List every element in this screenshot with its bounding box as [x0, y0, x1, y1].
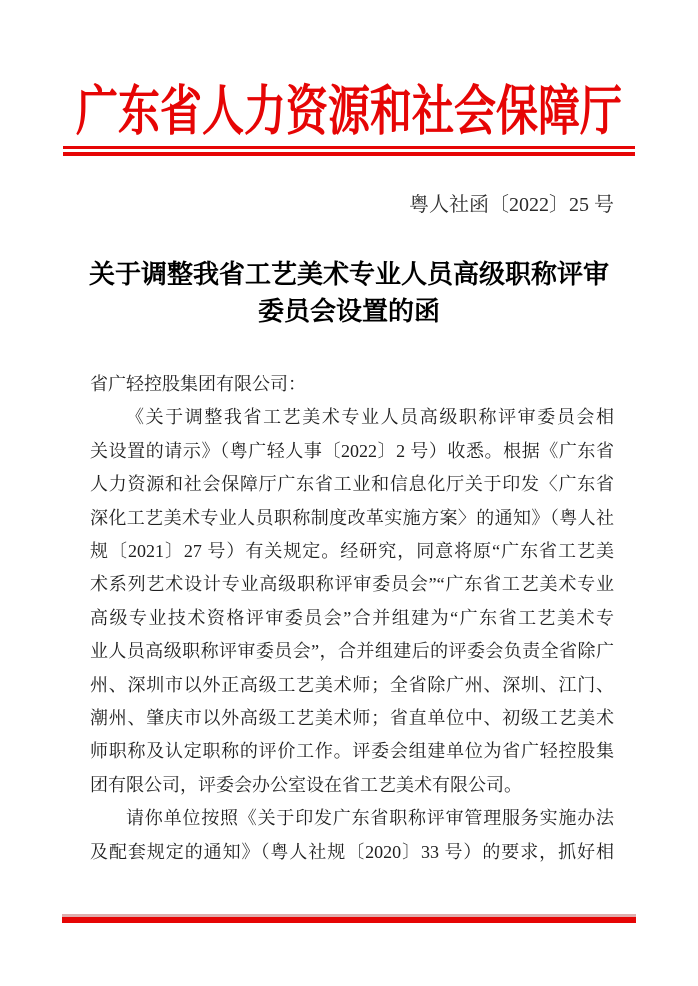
document-title-line2: 委员会设置的函: [87, 293, 611, 330]
body-text-line: 请你单位按照《关于印发广东省职称评审管理服务实施办法: [90, 802, 614, 835]
header-divider-line: [63, 146, 635, 156]
body-text-line: 师职称及认定职称的评价工作。评委会组建单位为省广轻控股集: [90, 735, 614, 768]
doc-number: 粤人社函〔2022〕25 号: [90, 191, 614, 219]
body-text-line: 及配套规定的通知》（粤人社规〔2020〕33 号）的要求，抓好相: [90, 836, 614, 869]
document-title: 关于调整我省工艺美术专业人员高级职称评审 委员会设置的函: [87, 256, 611, 330]
document-title-line1: 关于调整我省工艺美术专业人员高级职称评审: [87, 256, 611, 293]
document-body: 省广轻控股集团有限公司：《关于调整我省工艺美术专业人员高级职称评审委员会相关设置…: [90, 368, 614, 869]
body-text-line: 省广轻控股集团有限公司：: [90, 368, 614, 401]
body-text-line: 潮州、肇庆市以外高级工艺美术师；省直单位中、初级工艺美术: [90, 702, 614, 735]
body-text-line: 州、深圳市以外正高级工艺美术师；全省除广州、深圳、江门、: [90, 669, 614, 702]
body-text-line: 业人员高级职称评审委员会”，合并组建后的评委会负责全省除广: [90, 635, 614, 668]
body-text-line: 高级专业技术资格评审委员会”合并组建为“广东省工艺美术专: [90, 602, 614, 635]
body-text-line: 《关于调整我省工艺美术专业人员高级职称评审委员会相: [90, 401, 614, 434]
footer-divider-line: [62, 914, 636, 923]
document-page: 广东省人力资源和社会保障厅 粤人社函〔2022〕25 号 关于调整我省工艺美术专…: [0, 0, 698, 986]
body-text-line: 关设置的请示》（粤广轻人事〔2022〕2 号）收悉。根据《广东省: [90, 435, 614, 468]
body-text-line: 深化工艺美术专业人员职称制度改革实施方案〉的通知》（粤人社: [90, 502, 614, 535]
body-text-line: 规〔2021〕27 号）有关规定。经研究，同意将原“广东省工艺美: [90, 535, 614, 568]
agency-header-title: 广东省人力资源和社会保障厅: [0, 86, 698, 140]
body-text-line: 团有限公司，评委会办公室设在省工艺美术有限公司。: [90, 769, 614, 802]
body-text-line: 术系列艺术设计专业高级职称评审委员会”“广东省工艺美术专业: [90, 568, 614, 601]
body-text-line: 人力资源和社会保障厅广东省工业和信息化厅关于印发〈广东省: [90, 468, 614, 501]
